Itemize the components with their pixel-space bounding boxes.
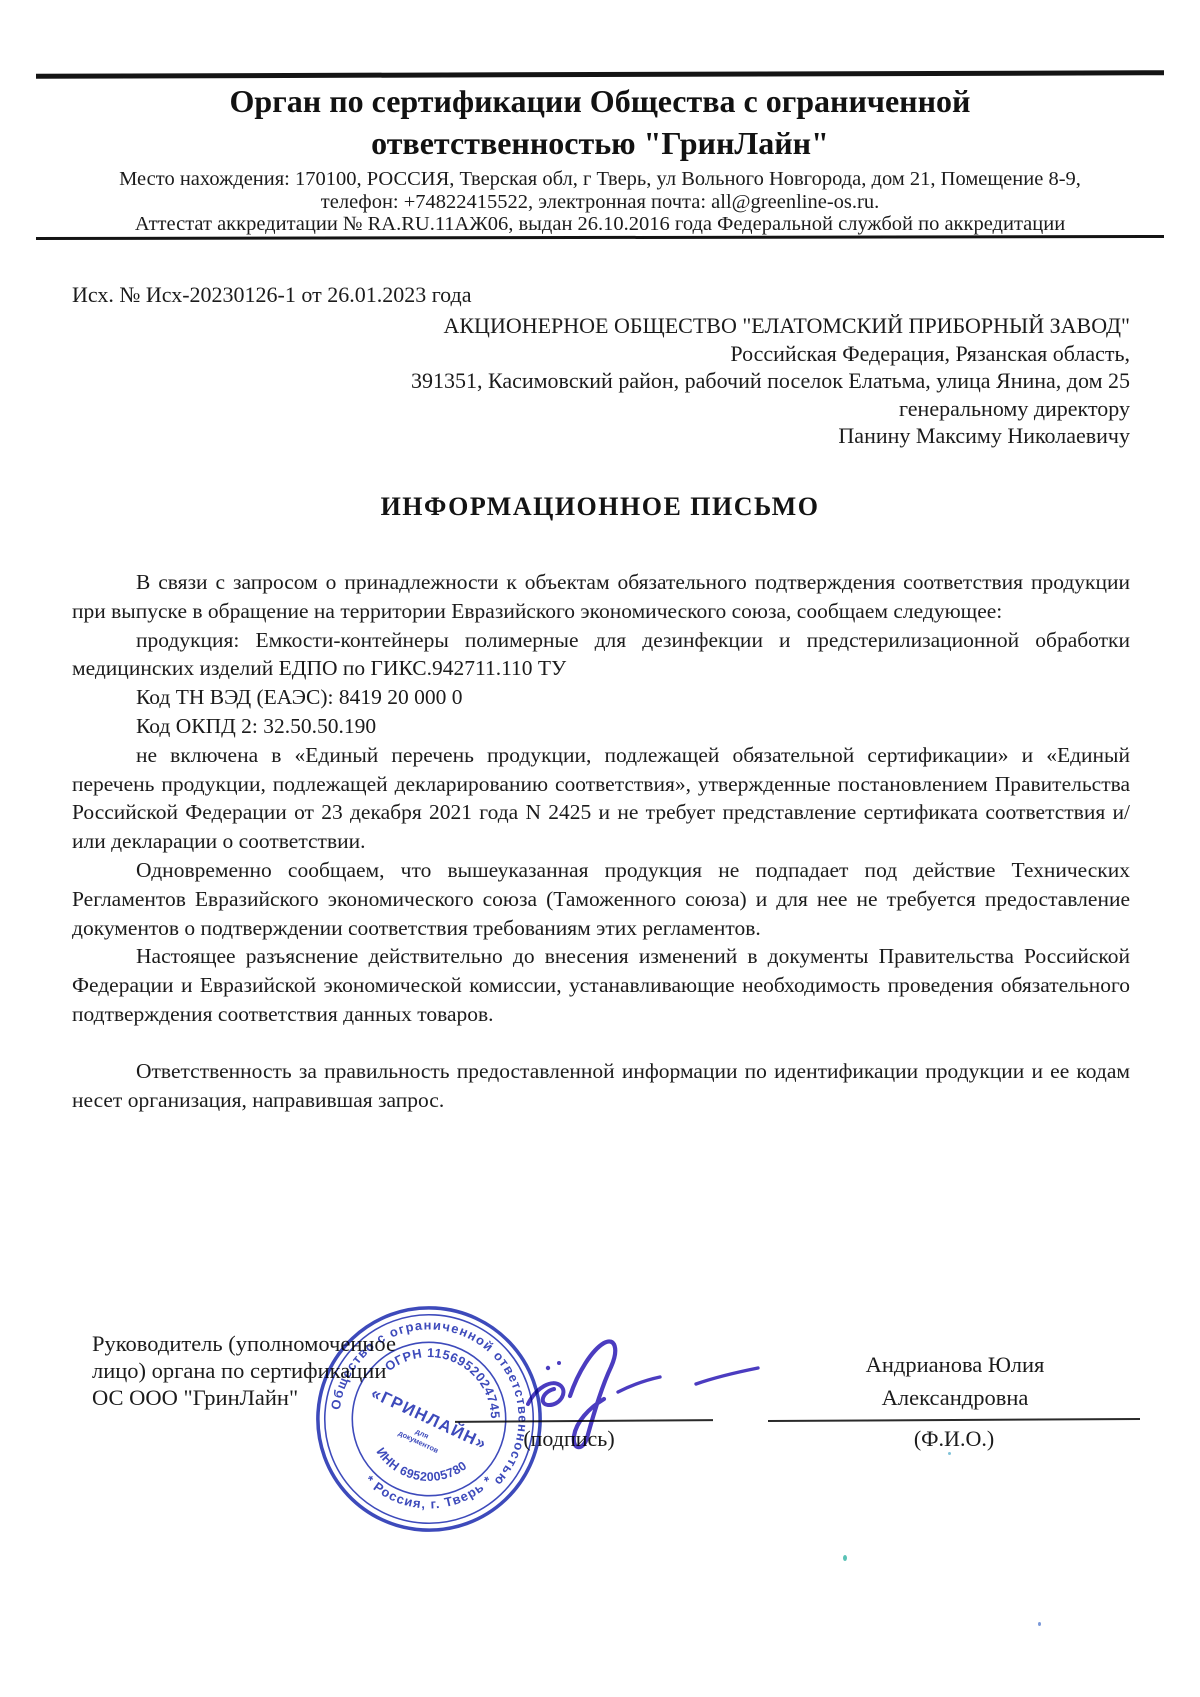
letter-body: В связи с запросом о принадлежности к об…	[72, 568, 1130, 1114]
letterhead: Орган по сертификации Общества с огранич…	[40, 80, 1160, 236]
org-accreditation: Аттестат аккредитации № RA.RU.11АЖ06, вы…	[40, 213, 1160, 236]
ink-dot	[557, 1361, 561, 1365]
org-phone-email: телефон: +74822415522, электронная почта…	[40, 191, 1160, 214]
body-paragraph: Ответственность за правильность предоста…	[72, 1057, 1130, 1115]
header-rule-bottom	[36, 235, 1164, 240]
scan-speckle	[843, 1555, 847, 1561]
addressee-position: генеральному директору	[72, 395, 1130, 423]
addressee-street: 391351, Касимовский район, рабочий посел…	[72, 367, 1130, 395]
ink-loop-stroke	[570, 1341, 615, 1447]
org-title-line1: Орган по сертификации Общества с огранич…	[40, 80, 1160, 122]
ink-letter-stroke	[528, 1383, 563, 1405]
document-title: ИНФОРМАЦИОННОЕ ПИСЬМО	[0, 492, 1200, 522]
handwritten-signature	[500, 1330, 870, 1465]
org-title-line2: ответственностью "ГринЛайн"	[40, 122, 1160, 164]
scan-speckle	[1038, 1622, 1041, 1626]
addressee-person: Панину Максиму Николаевичу	[72, 422, 1130, 450]
outgoing-reference: Исх. № Исх-20230126-1 от 26.01.2023 года	[72, 282, 472, 308]
letter-page: Орган по сертификации Общества с огранич…	[0, 0, 1200, 1697]
handwritten-signature-svg	[500, 1330, 870, 1465]
body-paragraph: не включена в «Единый перечень продукции…	[72, 741, 1130, 856]
body-paragraph: продукция: Емкости-контейнеры полимерные…	[72, 626, 1130, 684]
body-paragraph: В связи с запросом о принадлежности к об…	[72, 568, 1130, 626]
ink-dot	[546, 1366, 550, 1370]
body-paragraph: Код ОКПД 2: 32.50.50.190	[72, 712, 1130, 741]
ink-dash-stroke	[696, 1368, 758, 1384]
body-paragraph: Одновременно сообщаем, что вышеуказанная…	[72, 856, 1130, 942]
org-contacts: Место нахождения: 170100, РОССИЯ, Тверск…	[40, 168, 1160, 236]
addressee-company: АКЦИОНЕРНОЕ ОБЩЕСТВО "ЕЛАТОМСКИЙ ПРИБОРН…	[72, 312, 1130, 340]
addressee-block: АКЦИОНЕРНОЕ ОБЩЕСТВО "ЕЛАТОМСКИЙ ПРИБОРН…	[72, 312, 1130, 450]
org-title: Орган по сертификации Общества с огранич…	[40, 80, 1160, 164]
addressee-region: Российская Федерация, Рязанская область,	[72, 340, 1130, 368]
org-address: Место нахождения: 170100, РОССИЯ, Тверск…	[40, 168, 1160, 191]
body-paragraph: Код ТН ВЭД (ЕАЭС): 8419 20 000 0	[72, 683, 1130, 712]
header-rule-top	[36, 70, 1164, 79]
ink-tail-stroke	[618, 1377, 660, 1392]
scan-speckle	[948, 1452, 951, 1455]
body-paragraph: Настоящее разъяснение действительно до в…	[72, 942, 1130, 1028]
